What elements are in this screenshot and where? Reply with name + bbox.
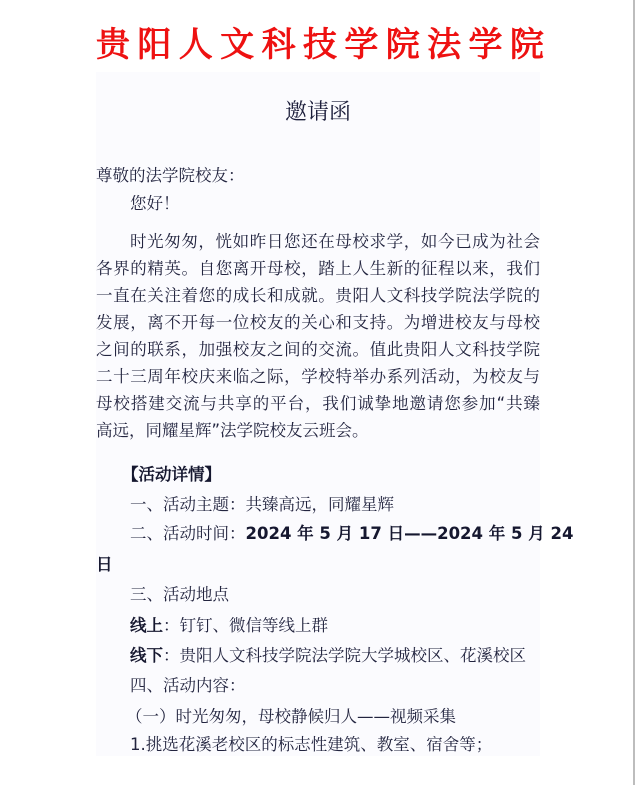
content-label: 四、活动内容： — [130, 675, 246, 697]
paragraph-line: 母校搭建交流与共享的平台，我们诚挚地邀请您参加“共臻 — [96, 390, 540, 417]
time-label: 二、活动时间： — [130, 524, 246, 543]
time-value: 2024 年 5 月 17 日——2024 年 5 月 24 — [246, 524, 574, 543]
greeting: 您好！ — [130, 193, 180, 215]
time-value-continuation: 日 — [96, 554, 113, 576]
header-char: 法 — [427, 20, 461, 70]
theme-value: 共臻高远，同耀星辉 — [246, 495, 395, 514]
paragraph-line: 二十三周年校庆来临之际，学校特举办系列活动，为校友与 — [96, 363, 540, 390]
theme-label: 一、活动主题： — [130, 495, 246, 514]
paragraph-line: 时光匆匆，恍如昨日您还在母校求学，如今已成为社会 — [96, 228, 540, 255]
location-online: 线上：钉钉、微信等线上群 — [130, 615, 328, 637]
content-item-1: 1.挑选花溪老校区的标志性建筑、教室、宿舍等； — [130, 734, 492, 756]
salutation: 尊敬的法学院校友： — [96, 165, 245, 187]
offline-value: ：贵阳人文科技学院法学院大学城校区、花溪校区 — [163, 646, 526, 665]
intro-paragraph: 时光匆匆，恍如昨日您还在母校求学，如今已成为社会 各界的精英。自您离开母校，踏上… — [96, 228, 540, 444]
invitation-body: 邀请函 尊敬的法学院校友： 您好！ 时光匆匆，恍如昨日您还在母校求学，如今已成为… — [96, 72, 540, 756]
paragraph-line: 高远，同耀星辉”法学院校友云班会。 — [96, 417, 540, 444]
paragraph-line: 一直在关注着您的成长和成就。贵阳人文科技学院法学院的 — [96, 282, 540, 309]
location-offline: 线下：贵阳人文科技学院法学院大学城校区、花溪校区 — [130, 645, 526, 667]
details-heading: 【活动详情】 — [122, 464, 221, 486]
content-section-1-title: （一）时光匆匆，母校静候归人——视频采集 — [126, 706, 456, 728]
paragraph-line: 发展，离不开每一位校友的关心和支持。为增进校友与母校 — [96, 309, 540, 336]
header-char: 贵 — [96, 20, 130, 70]
online-value: ：钉钉、微信等线上群 — [163, 616, 328, 635]
paragraph-line: 各界的精英。自您离开母校，踏上人生新的征程以来，我们 — [96, 255, 540, 282]
paragraph-line: 之间的联系，加强校友之间的交流。值此贵阳人文科技学院 — [96, 336, 540, 363]
online-label: 线上 — [130, 616, 163, 635]
document-title: 邀请函 — [96, 98, 540, 128]
header-char: 人 — [179, 20, 213, 70]
offline-label: 线下 — [130, 646, 163, 665]
header-char: 学 — [469, 20, 503, 70]
activity-theme: 一、活动主题：共臻高远，同耀星辉 — [130, 494, 394, 516]
header-char: 科 — [262, 20, 296, 70]
header-char: 阳 — [137, 20, 171, 70]
header-char: 文 — [220, 20, 254, 70]
location-label: 三、活动地点 — [130, 584, 229, 606]
header-char: 院 — [386, 20, 420, 70]
activity-time: 二、活动时间：2024 年 5 月 17 日——2024 年 5 月 24 — [130, 523, 573, 545]
header-char: 技 — [303, 20, 337, 70]
header-char: 学 — [344, 20, 378, 70]
institution-header: 贵 阳 人 文 科 技 学 院 法 学 院 — [96, 20, 544, 70]
header-char: 院 — [510, 20, 544, 70]
